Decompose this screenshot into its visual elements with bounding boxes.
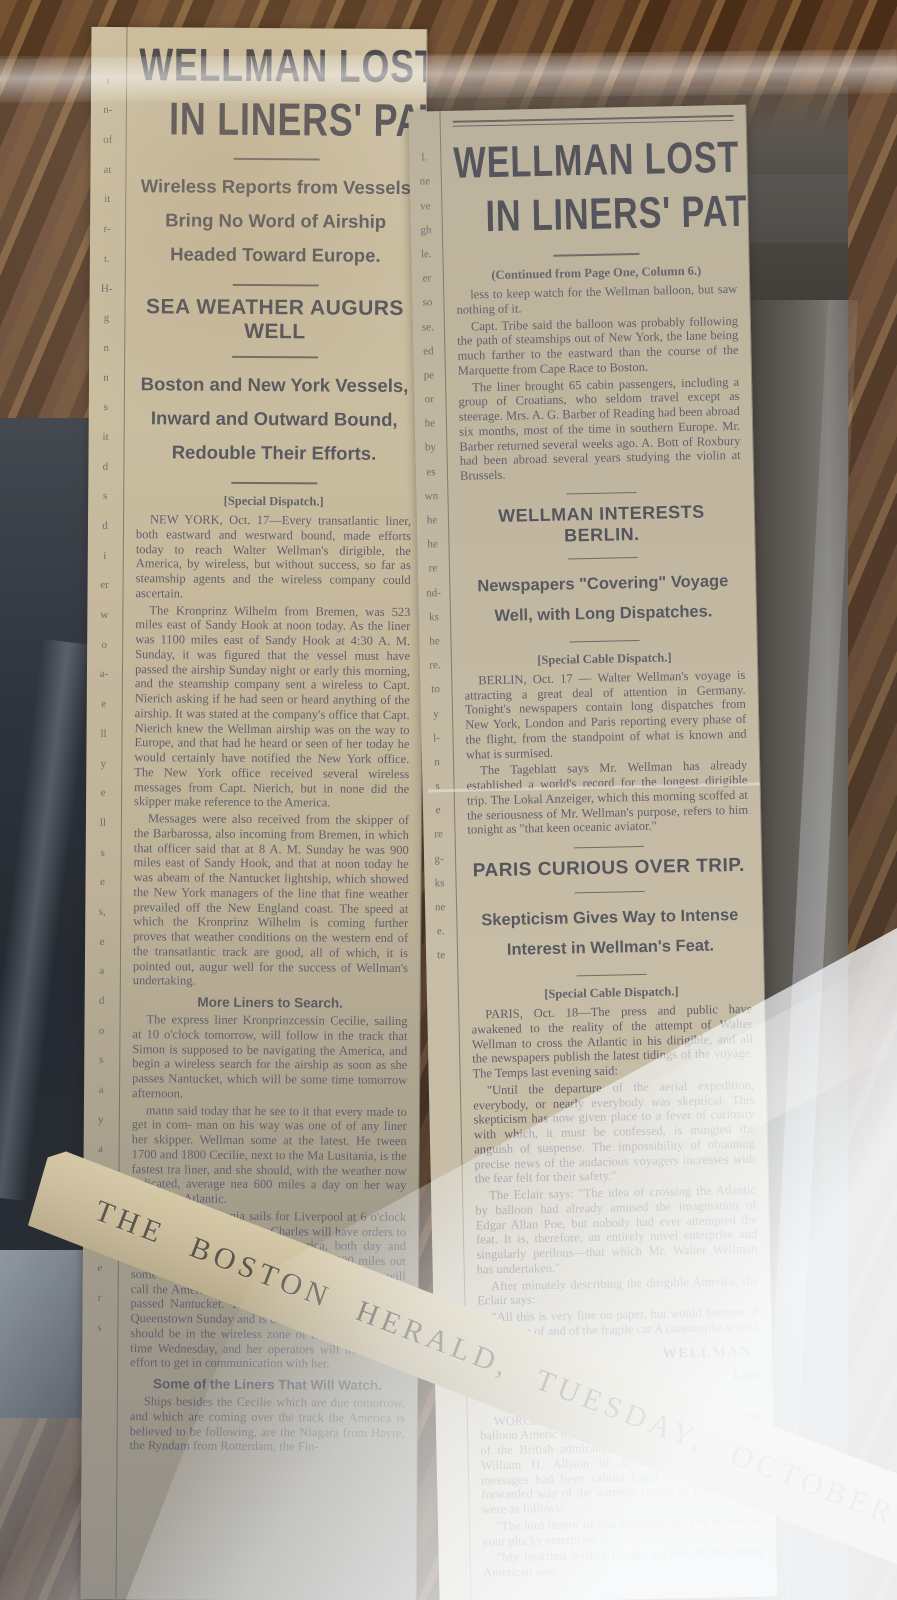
paragraph: "Until the departure of the aerial exped… xyxy=(473,1077,756,1186)
plastic-sleeve-top-fold xyxy=(0,49,897,102)
lon-fragment: Lon- xyxy=(733,1366,760,1383)
left-subhead: SEA WEATHER AUGURS WELL xyxy=(137,295,412,345)
paris-deck: Skepticism Gives Way to Intense Interest… xyxy=(469,900,751,966)
divider-rule xyxy=(574,891,644,893)
left-newspaper-clipping: t n- of at it r- t. H- g n n s it d s d … xyxy=(81,27,428,1600)
section-head-berlin: WELLMAN INTERESTS BERLIN. xyxy=(461,501,743,549)
berlin-deck: Newspapers "Covering" Voyage Well, with … xyxy=(462,566,744,632)
paragraph: Capt. Tribe said the balloon was probabl… xyxy=(457,313,739,378)
paragraph: The Eclair says: "The idea of crossing t… xyxy=(475,1183,758,1277)
divider-rule xyxy=(232,284,318,287)
divider-rule xyxy=(233,158,319,161)
left-clipping-main-column: WELLMAN LOST IN LINERS' PATH Wireless Re… xyxy=(117,27,428,1600)
divider-rule xyxy=(573,846,643,848)
top-double-rule xyxy=(453,115,734,127)
special-dispatch-tag: [Special Dispatch.] xyxy=(136,493,411,510)
paragraph: After minutely describing the dirigible … xyxy=(477,1273,759,1308)
crosshead-more-liners: More Liners to Search. xyxy=(133,994,408,1011)
special-cable-dispatch-tag: [Special Cable Dispatch.] xyxy=(471,983,752,1004)
divider-rule xyxy=(566,492,636,494)
paragraph: less to keep watch for the Wellman ballo… xyxy=(456,282,738,317)
photo-of-newspaper-clippings: t n- of at it r- t. H- g n n s it d s d … xyxy=(0,0,897,1600)
right-headline: WELLMAN LOST IN LINERS' PATH xyxy=(453,131,736,245)
divider-rule xyxy=(576,974,646,976)
paragraph: Messages were also received from the ski… xyxy=(133,811,409,990)
paragraph: The express liner Kronprinzcessin Cecili… xyxy=(132,1012,408,1102)
paragraph: "My heartiest wishes for the success of … xyxy=(483,1545,765,1580)
paragraph: NEW YORK, Oct. 17—Every transatlantic li… xyxy=(135,512,411,602)
paragraph: "The lord mayor of you greetings and you… xyxy=(482,1513,764,1548)
continued-line: (Continued from Page One, Column 6.) xyxy=(456,263,737,284)
crosshead-liners-watch: Some of the Liners That Will Watch. xyxy=(130,1376,405,1393)
divider-rule xyxy=(569,640,639,642)
edge-letter-fragments: t n- of at it r- t. H- g n n s it d s d … xyxy=(97,75,112,1334)
section-head-paris: PARIS CURIOUS OVER TRIP. xyxy=(468,855,749,883)
left-deck-1: Wireless Reports from Vessels Bring No W… xyxy=(138,169,414,273)
paragraph: BERLIN, Oct. 17 — Walter Wellman's voyag… xyxy=(464,668,747,762)
divider-rule xyxy=(231,482,317,485)
edge-letter-fragments: l. ne ve gh le. er so se. ed pe or he by… xyxy=(420,152,446,962)
paragraph: Ships besides the Cecilie which are due … xyxy=(130,1394,405,1455)
divider-rule xyxy=(553,253,639,257)
special-cable-dispatch-tag: [Special Cable Dispatch.] xyxy=(464,649,745,670)
divider-rule xyxy=(567,557,637,559)
divider-rule xyxy=(232,356,318,359)
paragraph: The Kronprinz Wilhelm from Bremen, was 5… xyxy=(134,603,410,811)
paragraph: The liner brought 65 cabin passengers, i… xyxy=(458,374,741,483)
left-deck-2: Boston and New York Vessels, Inward and … xyxy=(136,367,412,471)
paragraph: The Tageblatt says Mr. Wellman has alrea… xyxy=(466,758,748,838)
paragraph-partially-covered: mann said today that he see to it that e… xyxy=(131,1103,407,1208)
paragraph: PARIS, Oct. 18—The press and public have… xyxy=(471,1002,753,1082)
